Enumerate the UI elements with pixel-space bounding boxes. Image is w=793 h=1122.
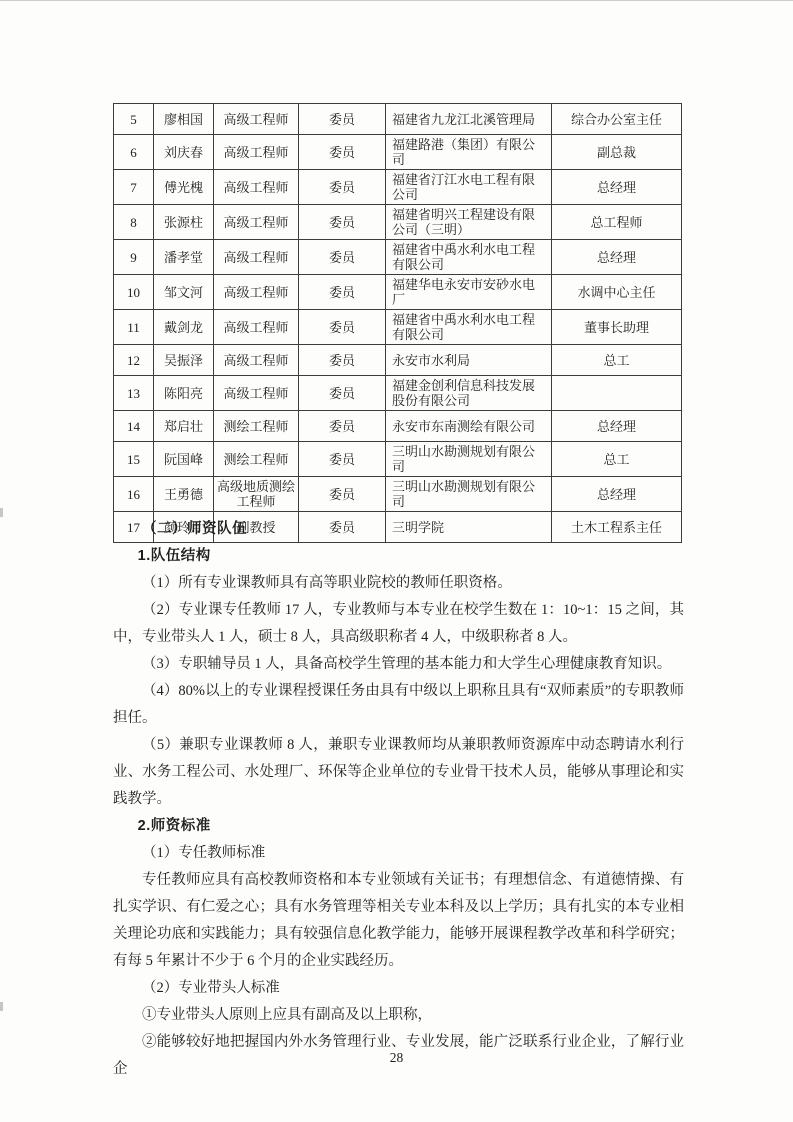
table-row: 15 阮国峰 测绘工程师 委员 三明山水勘测规划有限公司 总工: [114, 442, 682, 477]
list-item-circled-1: ①专业带头人原则上应具有副高及以上职称，: [113, 1002, 684, 1029]
scan-artifact-top-edge: [0, 0, 793, 1]
cell-row-number: 12: [114, 345, 154, 376]
cell-member-name: 傅光槐: [154, 170, 214, 205]
table-row: 10 邹文河 高级工程师 委员 福建华电永安市安砂水电厂 水调中心主任: [114, 275, 682, 310]
cell-member-role: 委员: [299, 345, 386, 376]
page-number: 28: [0, 1050, 793, 1066]
table-row: 8 张源柱 高级工程师 委员 福建省明兴工程建设有限公司（三明） 总工程师: [114, 205, 682, 240]
cell-member-title: 高级工程师: [214, 345, 299, 376]
cell-member-role: 委员: [299, 170, 386, 205]
table-row: 11 戴剑龙 高级工程师 委员 福建省中禹水利水电工程有限公司 董事长助理: [114, 310, 682, 345]
scan-artifact-left-mark: [0, 508, 3, 517]
cell-member-name: 陈阳亮: [154, 376, 214, 411]
cell-member-name: 王勇德: [154, 477, 214, 512]
cell-organization: 三明山水勘测规划有限公司: [386, 442, 552, 477]
committee-members-table: 5 廖相国 高级工程师 委员 福建省九龙江北溪管理局 综合办公室主任 6 刘庆春…: [113, 103, 682, 543]
table-row: 13 陈阳亮 高级工程师 委员 福建金创利信息科技发展股份有限公司: [114, 376, 682, 411]
cell-organization: 福建省明兴工程建设有限公司（三明）: [386, 205, 552, 240]
cell-member-role: 委员: [299, 310, 386, 345]
cell-member-title: 高级工程师: [214, 170, 299, 205]
paragraph-fulltime-teachers: （2）专业课专任教师 17 人，专业教师与本专业在校学生数在 1：10~1：15…: [113, 597, 684, 651]
cell-row-number: 15: [114, 442, 154, 477]
cell-row-number: 14: [114, 411, 154, 442]
cell-member-role: 委员: [299, 205, 386, 240]
paragraph-fulltime-standard-detail: 专任教师应具有高校教师资格和本专业领域有关证书；有理想信念、有道德情操、有扎实学…: [113, 867, 684, 975]
table-row: 6 刘庆春 高级工程师 委员 福建路港（集团）有限公司 副总裁: [114, 135, 682, 170]
cell-member-role: 委员: [299, 135, 386, 170]
table-row: 12 吴振泽 高级工程师 委员 永安市水利局 总工: [114, 345, 682, 376]
cell-member-title: 高级工程师: [214, 135, 299, 170]
cell-member-role: 委员: [299, 240, 386, 275]
cell-member-title: 高级工程师: [214, 104, 299, 135]
cell-member-name: 潘孝堂: [154, 240, 214, 275]
cell-member-title: 高级工程师: [214, 310, 299, 345]
cell-row-number: 11: [114, 310, 154, 345]
cell-position: 总经理: [552, 240, 682, 275]
cell-member-role: 委员: [299, 477, 386, 512]
subheading-faculty-standards: 2.师资标准: [113, 813, 684, 840]
cell-member-title: 高级工程师: [214, 376, 299, 411]
scan-artifact-left-mark: [0, 1002, 3, 1011]
cell-member-role: 委员: [299, 275, 386, 310]
table-row: 14 郑启壮 测绘工程师 委员 永安市东南测绘有限公司 总经理: [114, 411, 682, 442]
cell-position: 董事长助理: [552, 310, 682, 345]
subheading-team-structure: 1.队伍结构: [113, 543, 684, 570]
cell-row-number: 8: [114, 205, 154, 240]
paragraph-counselor: （3）专职辅导员 1 人，具备高校学生管理的基本能力和大学生心理健康教育知识。: [113, 651, 684, 678]
table-row: 5 廖相国 高级工程师 委员 福建省九龙江北溪管理局 综合办公室主任: [114, 104, 682, 135]
cell-organization: 永安市东南测绘有限公司: [386, 411, 552, 442]
cell-position: 副总裁: [552, 135, 682, 170]
document-page: 5 廖相国 高级工程师 委员 福建省九龙江北溪管理局 综合办公室主任 6 刘庆春…: [0, 0, 793, 1122]
cell-row-number: 5: [114, 104, 154, 135]
cell-organization: 福建金创利信息科技发展股份有限公司: [386, 376, 552, 411]
cell-organization: 福建华电永安市安砂水电厂: [386, 275, 552, 310]
body-text: （二）师资队伍 1.队伍结构 （1）所有专业课教师具有高等职业院校的教师任职资格…: [113, 516, 684, 1083]
cell-member-name: 郑启壮: [154, 411, 214, 442]
cell-row-number: 10: [114, 275, 154, 310]
cell-row-number: 6: [114, 135, 154, 170]
table-row: 9 潘孝堂 高级工程师 委员 福建省中禹水利水电工程有限公司 总经理: [114, 240, 682, 275]
cell-position: 总经理: [552, 477, 682, 512]
paragraph-qualification: （1）所有专业课教师具有高等职业院校的教师任职资格。: [113, 570, 684, 597]
cell-member-role: 委员: [299, 104, 386, 135]
cell-member-name: 吴振泽: [154, 345, 214, 376]
table-row: 16 王勇德 高级地质测绘工程师 委员 三明山水勘测规划有限公司 总经理: [114, 477, 682, 512]
cell-member-title: 测绘工程师: [214, 442, 299, 477]
cell-organization: 福建省汀江水电工程有限公司: [386, 170, 552, 205]
subitem-heading-fulltime-standard: （1）专任教师标准: [113, 840, 684, 867]
cell-organization: 福建路港（集团）有限公司: [386, 135, 552, 170]
cell-organization: 福建省中禹水利水电工程有限公司: [386, 240, 552, 275]
cell-member-title: 高级工程师: [214, 240, 299, 275]
cell-organization: 福建省中禹水利水电工程有限公司: [386, 310, 552, 345]
paragraph-parttime-teachers: （5）兼职专业课教师 8 人，兼职专业课教师均从兼职教师资源库中动态聘请水利行业…: [113, 732, 684, 813]
cell-position: 总经理: [552, 411, 682, 442]
cell-member-name: 戴剑龙: [154, 310, 214, 345]
cell-member-role: 委员: [299, 376, 386, 411]
table-row: 7 傅光槐 高级工程师 委员 福建省汀江水电工程有限公司 总经理: [114, 170, 682, 205]
cell-position: 总工: [552, 345, 682, 376]
cell-member-title: 高级工程师: [214, 205, 299, 240]
section-heading-faculty: （二）师资队伍: [113, 516, 684, 543]
committee-table-body: 5 廖相国 高级工程师 委员 福建省九龙江北溪管理局 综合办公室主任 6 刘庆春…: [114, 104, 682, 543]
cell-position: 总工: [552, 442, 682, 477]
subitem-heading-leader-standard: （2）专业带头人标准: [113, 975, 684, 1002]
cell-member-title: 测绘工程师: [214, 411, 299, 442]
cell-row-number: 16: [114, 477, 154, 512]
paragraph-dual-qualified: （4）80%以上的专业课程授课任务由具有中级以上职称且具有“双师素质”的专职教师…: [113, 678, 684, 732]
cell-position: 综合办公室主任: [552, 104, 682, 135]
cell-position: [552, 376, 682, 411]
cell-member-name: 刘庆春: [154, 135, 214, 170]
cell-member-name: 廖相国: [154, 104, 214, 135]
cell-position: 总工程师: [552, 205, 682, 240]
cell-row-number: 13: [114, 376, 154, 411]
cell-member-name: 张源柱: [154, 205, 214, 240]
cell-row-number: 7: [114, 170, 154, 205]
cell-member-name: 阮国峰: [154, 442, 214, 477]
cell-member-name: 邹文河: [154, 275, 214, 310]
cell-member-role: 委员: [299, 411, 386, 442]
cell-position: 总经理: [552, 170, 682, 205]
cell-member-title: 高级地质测绘工程师: [214, 477, 299, 512]
cell-position: 水调中心主任: [552, 275, 682, 310]
cell-organization: 福建省九龙江北溪管理局: [386, 104, 552, 135]
cell-organization: 三明山水勘测规划有限公司: [386, 477, 552, 512]
cell-organization: 永安市水利局: [386, 345, 552, 376]
cell-row-number: 9: [114, 240, 154, 275]
cell-member-title: 高级工程师: [214, 275, 299, 310]
cell-member-role: 委员: [299, 442, 386, 477]
